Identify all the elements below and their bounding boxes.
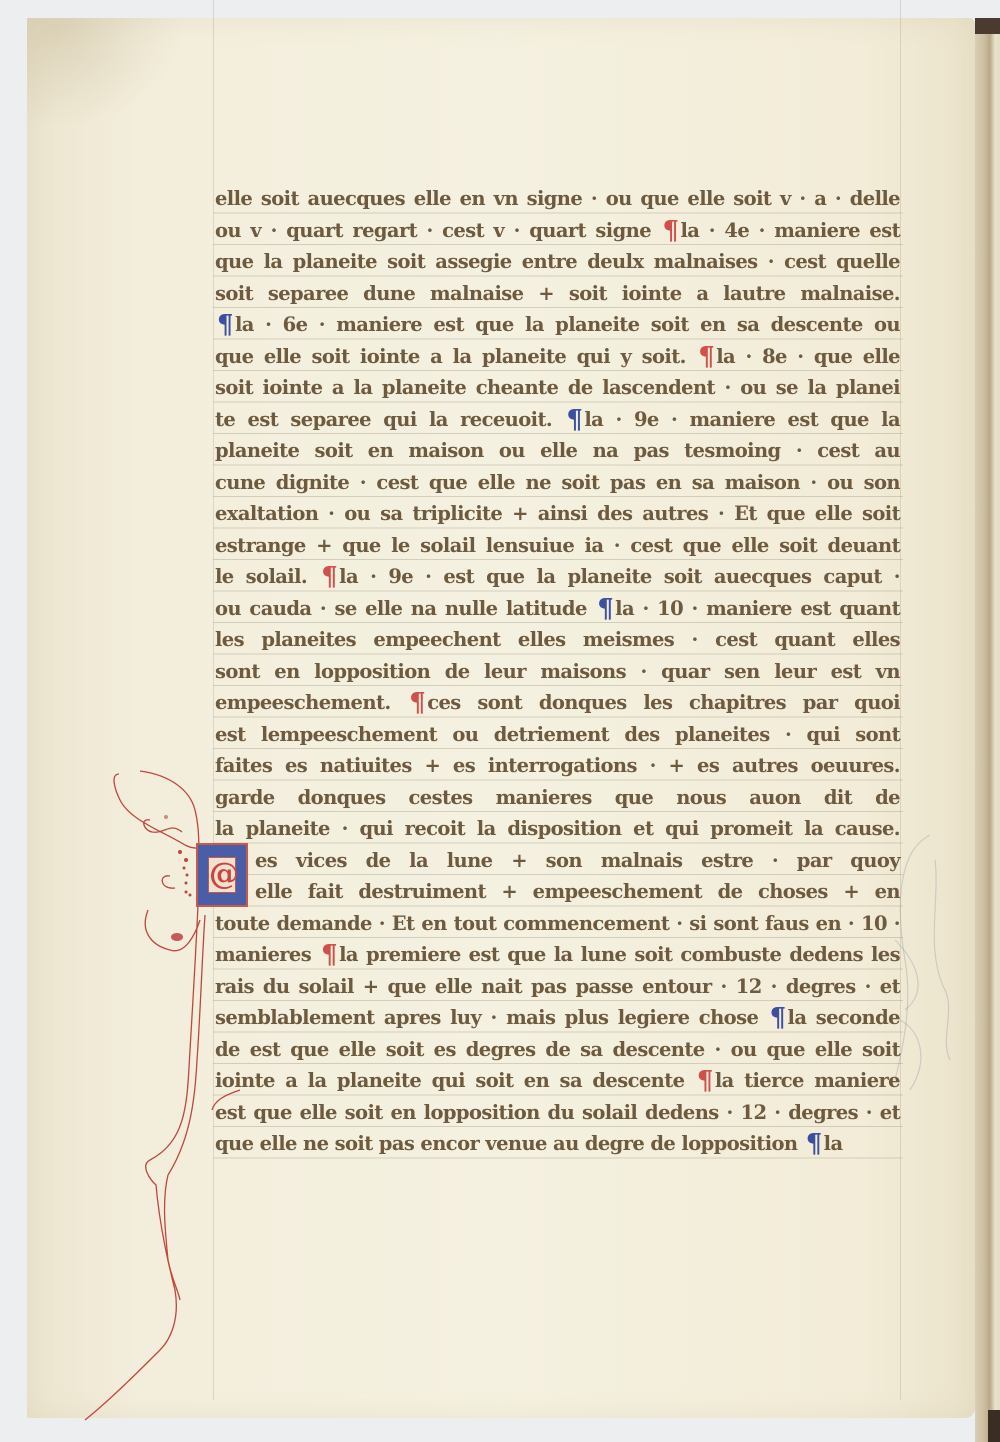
text-line-19: faites es natiuites + es interrogations … <box>215 750 900 782</box>
pilcrow-red-icon: ¶ <box>697 1071 713 1091</box>
text-line-17: empeeschement. ¶ces sont donques les cha… <box>215 687 900 719</box>
text-line-10: cune dignite · cest que elle ne soit pas… <box>215 467 900 499</box>
pilcrow-blue-icon: ¶ <box>566 410 582 430</box>
pilcrow-red-icon: ¶ <box>321 567 337 587</box>
text-line-7: soit iointe a la planeite cheante de las… <box>215 372 900 404</box>
text-line-20: garde donques cestes manieres que nous a… <box>215 782 900 814</box>
pilcrow-red-icon: ¶ <box>321 945 337 965</box>
pilcrow-blue-icon: ¶ <box>806 1134 822 1154</box>
pilcrow-blue-icon: ¶ <box>597 599 613 619</box>
text-line-2: ou v · quart regart · cest v · quart sig… <box>215 215 900 247</box>
text-line-18: est lempeeschement ou detriement des pla… <box>215 719 900 751</box>
text-line-6: que elle soit iointe a la planeite qui y… <box>215 341 900 373</box>
pilcrow-red-icon: ¶ <box>409 693 425 713</box>
pilcrow-red-icon: ¶ <box>698 347 714 367</box>
text-line-15: les planeites empeechent elles meismes ·… <box>215 624 900 656</box>
text-line-21: la planeite · qui recoit la disposition … <box>215 813 900 845</box>
text-line-29: iointe a la planeite qui soit en sa desc… <box>215 1065 900 1097</box>
text-line-27: semblablement apres luy · mais plus legi… <box>215 1002 900 1034</box>
text-line-22: es vices de la lune + son malnais estre … <box>215 845 900 877</box>
text-line-26: rais du solail + que elle nait pas passe… <box>215 971 900 1003</box>
pilcrow-blue-icon: ¶ <box>217 315 233 335</box>
pilcrow-red-icon: ¶ <box>662 221 678 241</box>
text-block: elle soit auecques elle en vn signe · ou… <box>215 183 900 1160</box>
text-line-14: ou cauda · se elle na nulle latitude ¶la… <box>215 593 900 625</box>
text-line-31: que elle ne soit pas encor venue au degr… <box>215 1128 900 1160</box>
text-line-8: te est separee qui la receuoit. ¶la · 9e… <box>215 404 900 436</box>
text-line-12: estrange + que le solail lensuiue ia · c… <box>215 530 900 562</box>
text-line-13: le solail. ¶la · 9e · est que la planeit… <box>215 561 900 593</box>
pilcrow-blue-icon: ¶ <box>770 1008 786 1028</box>
text-line-28: de est que elle soit es degres de sa des… <box>215 1034 900 1066</box>
text-line-23: elle fait destruiment + empeeschement de… <box>215 876 900 908</box>
text-line-16: sont en lopposition de leur maisons · qu… <box>215 656 900 688</box>
text-line-25: manieres ¶la premiere est que la lune so… <box>215 939 900 971</box>
text-line-4: soit separee dune malnaise + soit iointe… <box>215 278 900 310</box>
text-line-30: est que elle soit en lopposition du sola… <box>215 1097 900 1129</box>
text-line-3: que la planeite soit assegie entre deulx… <box>215 246 900 278</box>
text-line-11: exaltation · ou sa triplicite + ainsi de… <box>215 498 900 530</box>
text-line-1: elle soit auecques elle en vn signe · ou… <box>215 183 900 215</box>
text-line-5: ¶la · 6e · maniere est que la planeite s… <box>215 309 900 341</box>
text-line-9: planeite soit en maison ou elle na pas t… <box>215 435 900 467</box>
text-line-24: toute demande · Et en tout commencement … <box>215 908 900 940</box>
